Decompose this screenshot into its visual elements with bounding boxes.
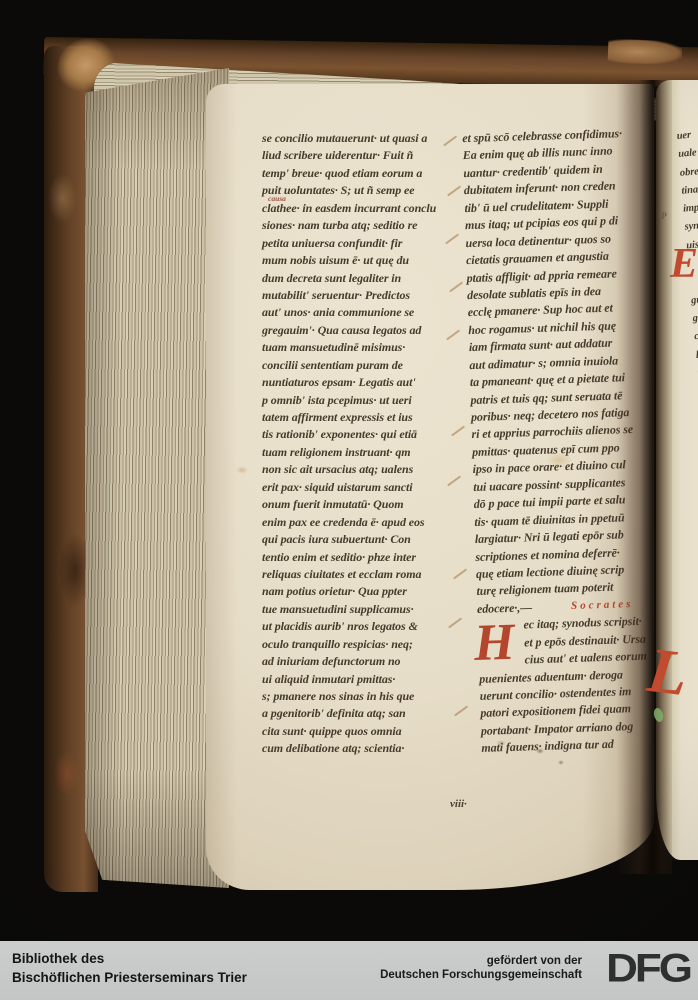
right-column-upper-lines: et spū scō celebrasse confidimus·Ea enim… [462,124,661,618]
text-line: s; pmanere nos sinas in his que [262,688,448,705]
text-line: ad iniuriam defunctorum no [262,653,448,670]
text-line: cum delibatione atq; scientia· [262,740,448,757]
text-line: p omnib' ista pcepimus· ut ueri [262,392,448,409]
decorated-initial-l: L [644,640,690,704]
text-line: oculo tranquillo respicias· neq; [262,636,448,653]
hair-mark [446,329,460,340]
text-line: tuam religionem instruant· qm [262,444,448,461]
text-line: uer [676,126,698,146]
text-line: cita sunt· quippe quos omnia [262,723,448,740]
stain [236,466,248,474]
cover-worn-patch-top-right [608,39,683,66]
text-line: onum fuerit inmutatū· Quom [262,496,448,513]
text-line: tuam mansuetudinē misimus· [262,339,448,356]
text-line: cogi [694,327,698,347]
text-line: uale [678,144,698,164]
decorated-initial-e: E [670,244,698,284]
text-line: qui pacis iura subuertunt· Con [262,531,448,548]
funding-line1: gefördert von der [380,954,582,968]
text-line: reliquas ciuitates et ecclam roma [262,566,448,583]
text-line: tentio enim et seditio· phze inter [262,549,448,566]
text-line: gust [690,290,698,310]
library-banner: Bibliothek des Bischöflichen Priestersem… [0,941,698,1000]
text-column-right: et spū scō celebrasse confidimus·Ea enim… [462,124,666,757]
hair-mark [454,705,468,716]
drop-cap-block: H ec itaq; synodus scripsit·et p epōs de… [477,612,663,670]
text-line: syno [684,217,698,237]
text-line: se concilio mutauerunt· ut quasi a [262,130,448,147]
text-line: mutabilit' seruentur· Predictos [262,287,448,304]
interlinear-gloss: causa [268,194,286,203]
text-line: gregauim'· Qua causa legatos ad [262,322,448,339]
library-name-line1: Bibliothek des [12,949,247,968]
quire-signature: viii· [450,798,467,810]
text-line: concilii sententiam puram de [262,357,448,374]
text-line: nam potius orietur· Qua ppter [262,583,448,600]
hair-mark [447,475,461,486]
text-line: nuntiaturos epsam· Legatis aut' [262,374,448,391]
text-line: imp [682,199,698,219]
text-line: ut placidis aurib' nros legatos & [262,618,448,635]
text-line: tue mansuetudini supplicamus· [262,601,448,618]
hair-mark [449,281,463,292]
hair-mark [447,185,461,196]
funding-credit: gefördert von der Deutschen Forschungsge… [380,954,582,982]
text-line: aut' unos· ania communione se [262,304,448,321]
text-line: siones· nam turba atq; seditio re [262,217,448,234]
funding-line2: Deutschen Forschungsgemeinschaft [380,968,582,982]
text-line: liud scribere uiderentur· Fuit ñ [262,147,448,164]
dfg-logo: DFG [606,947,690,992]
margin-mark: P [661,211,667,221]
stain [558,760,564,765]
text-line: temp' breue· quod etiam eorum a [262,165,448,182]
decorated-initial-h: H [473,620,515,667]
library-name-line2: Bischöflichen Priesterseminars Trier [12,968,247,987]
text-line: puit uoluntates· S; ut ñ semp ee [262,182,448,199]
text-line: mum nobis uisum ē· ut quę du [262,252,448,269]
text-line: ui aliquid inmutari pmittas· [262,671,448,688]
hair-mark [451,425,465,436]
hair-mark [448,617,462,628]
text-line: gari [692,308,698,328]
text-line: dum decreta sunt legaliter in [262,270,448,287]
right-column-lower-lines: puenientes aduentum· derogauerunt concil… [479,665,666,758]
rubric-heading: Socrates [571,596,634,615]
text-line: non sic ait ursacius atq; ualens [262,461,448,478]
text-line: obre [679,162,698,182]
manuscript-page-verso: se concilio mutauerunt· ut quasi aliud s… [206,84,654,890]
text-line: enim pax ee credenda ē· apud eos [262,514,448,531]
text-line: erit pax· siquid uistarum sancti [262,479,448,496]
text-line: a pgenitorib' definita atq; san [262,705,448,722]
text-line: clathee· in easdem incurrant conclu [262,200,448,217]
text-line: tis rationib' exponentes· qui etiā [262,426,448,443]
text-line: petita uniuersa confundit· fir [262,235,448,252]
hair-mark [453,568,467,579]
text-line: tina [681,181,698,201]
library-name: Bibliothek des Bischöflichen Priestersem… [12,949,247,987]
book-photograph: se concilio mutauerunt· ut quasi aliud s… [0,0,698,941]
text-column-left: se concilio mutauerunt· ut quasi aliud s… [262,130,448,758]
manuscript-page-recto-sliver: uerualeobretinaimpsynouisugustgaricogile… [656,80,698,860]
text-line: tatem affirment expressis et ius [262,409,448,426]
